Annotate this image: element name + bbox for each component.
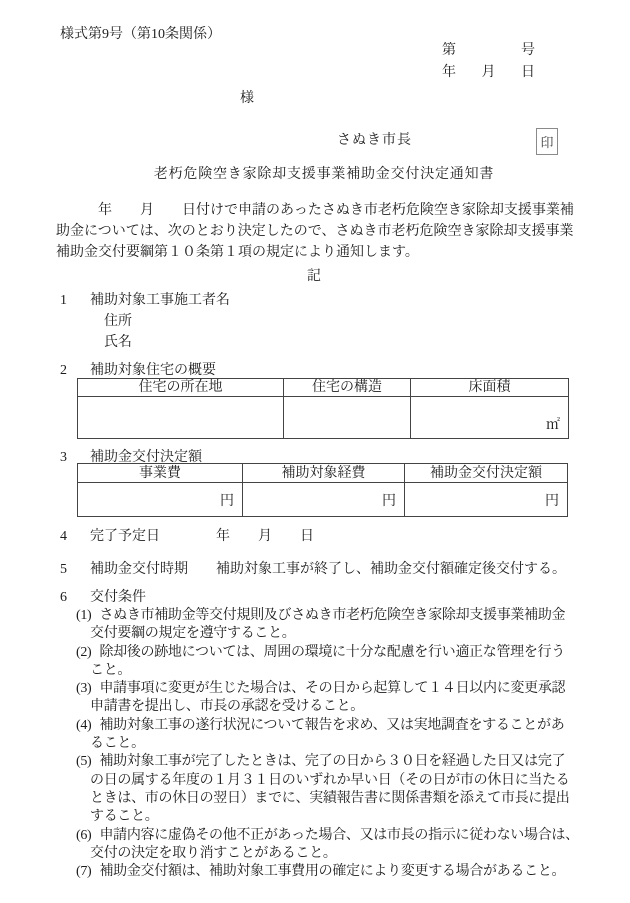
- housing-table-value-row: ㎡: [78, 397, 569, 439]
- value-cell-structure: [284, 397, 411, 439]
- section-payment-timing-body: 補助金交付時期 補助対象工事が終了し、補助金交付額確定後交付する。: [90, 559, 566, 580]
- condition-label: (3): [76, 681, 91, 696]
- condition-item-6: (6)申請内容に虚偽その他不正があった場合、又は市長の指示に従わない場合は、 交…: [76, 827, 612, 864]
- condition-item-7: (7)補助金交付額は、補助対象工事費用の確定により変更する場合があること。: [76, 863, 612, 881]
- document-number-prefix: 第: [442, 43, 456, 59]
- document-title: 老朽危険空き家除却支援事業補助金交付決定通知書: [0, 166, 630, 184]
- addressee-suffix: 様: [240, 91, 254, 107]
- section-conditions: 6交付条件 (1)さぬき市補助金等交付規則及びさぬき市老朽危険空き家除却支援事業…: [60, 588, 612, 881]
- condition-text: 補助対象工事の遂行状況について報告を求め、又は実地調査をすることがあ ること。: [90, 718, 564, 751]
- condition-item-3: (3)申請事項に変更が生じた場合は、その日から起算して１４日以内に変更承認 申請…: [76, 680, 612, 717]
- condition-text: さぬき市補助金等交付規則及びさぬき市老朽危険空き家除却支援事業補助金 交付要綱の…: [90, 608, 565, 641]
- condition-label: (2): [76, 645, 91, 660]
- grant-table-header-row: 事業費 補助対象経費 補助金交付決定額: [78, 464, 568, 483]
- grant-table: 事業費 補助対象経費 補助金交付決定額 円 円 円: [77, 463, 568, 517]
- header-cell-floor-area: 床面積: [411, 379, 569, 397]
- value-cell-floor-area-unit: ㎡: [411, 397, 569, 439]
- header-cell-structure: 住宅の構造: [284, 379, 411, 397]
- condition-label: (1): [76, 608, 91, 623]
- value-cell-project-cost-unit: 円: [78, 483, 243, 517]
- section-contractor-body: 補助対象工事施工者名 住所 氏名: [90, 290, 230, 353]
- header-cell-eligible-cost: 補助対象経費: [243, 464, 405, 483]
- issuer-name: さぬき市長: [337, 132, 412, 150]
- document-number-suffix: 号: [521, 43, 535, 59]
- section-contractor: 1補助対象工事施工者名 住所 氏名: [60, 290, 600, 353]
- grant-table-value-row: 円 円 円: [78, 483, 568, 517]
- intro-paragraph: 年 月 日付けで申請のあったさぬき市老朽危険空き家除却支援事業補 助金については…: [56, 200, 616, 263]
- record-mark: 記: [56, 266, 572, 287]
- date-month-label: 月: [482, 65, 496, 81]
- header-cell-project-cost: 事業費: [78, 464, 243, 483]
- condition-text: 申請内容に虚偽その他不正があった場合、又は市長の指示に従わない場合は、 交付の決…: [90, 828, 579, 861]
- condition-text: 補助金交付額は、補助対象工事費用の確定により変更する場合があること。: [99, 864, 565, 879]
- section-completion-date: 4完了予定日 年 月 日: [60, 526, 600, 547]
- condition-label: (7): [76, 864, 91, 879]
- condition-label: (6): [76, 828, 91, 843]
- date-year-label: 年: [442, 65, 456, 81]
- date-day-label: 日: [521, 65, 535, 81]
- header-cell-location: 住宅の所在地: [78, 379, 284, 397]
- section-completion-date-body: 完了予定日 年 月 日: [90, 526, 314, 547]
- header-cell-grant-amount: 補助金交付決定額: [405, 464, 568, 483]
- condition-item-1: (1)さぬき市補助金等交付規則及びさぬき市老朽危険空き家除却支援事業補助金 交付…: [76, 607, 612, 644]
- condition-label: (4): [76, 718, 91, 733]
- document-number-line: 第号: [442, 43, 535, 59]
- housing-table: 住宅の所在地 住宅の構造 床面積 ㎡: [77, 378, 569, 439]
- section-number: 6: [60, 588, 90, 607]
- section-number: 4: [60, 526, 90, 547]
- housing-table-header-row: 住宅の所在地 住宅の構造 床面積: [78, 379, 569, 397]
- section-conditions-title: 交付条件: [90, 588, 146, 607]
- condition-item-2: (2)除却後の跡地については、周囲の環境に十分な配慮を行い適正な管理を行う こと…: [76, 644, 612, 681]
- value-cell-eligible-cost-unit: 円: [243, 483, 405, 517]
- seal-label: 印: [540, 132, 553, 151]
- condition-text: 補助対象工事が完了したときは、完了の日から３０日を経過した日又は完了 の日の属す…: [90, 754, 570, 824]
- condition-text: 申請事項に変更が生じた場合は、その日から起算して１４日以内に変更承認 申請書を提…: [90, 681, 565, 714]
- date-line: 年月日: [442, 65, 535, 81]
- section-conditions-heading: 6交付条件: [60, 588, 612, 607]
- condition-label: (5): [76, 754, 91, 769]
- condition-item-4: (4)補助対象工事の遂行状況について報告を求め、又は実地調査をすることがあ るこ…: [76, 717, 612, 754]
- condition-item-5: (5)補助対象工事が完了したときは、完了の日から３０日を経過した日又は完了 の日…: [76, 753, 612, 826]
- condition-text: 除却後の跡地については、周囲の環境に十分な配慮を行い適正な管理を行う こと。: [90, 645, 565, 678]
- value-cell-location: [78, 397, 284, 439]
- section-number: 5: [60, 559, 90, 580]
- section-number: 1: [60, 290, 90, 353]
- value-cell-grant-amount-unit: 円: [405, 483, 568, 517]
- seal-stamp-box: 印: [536, 128, 558, 155]
- form-number: 様式第9号（第10条関係）: [60, 27, 221, 43]
- section-payment-timing: 5補助金交付時期 補助対象工事が終了し、補助金交付額確定後交付する。: [60, 559, 600, 580]
- notice-document-page: 様式第9号（第10条関係） 第号 年月日 様 さぬき市長 印 老朽危険空き家除却…: [0, 0, 630, 903]
